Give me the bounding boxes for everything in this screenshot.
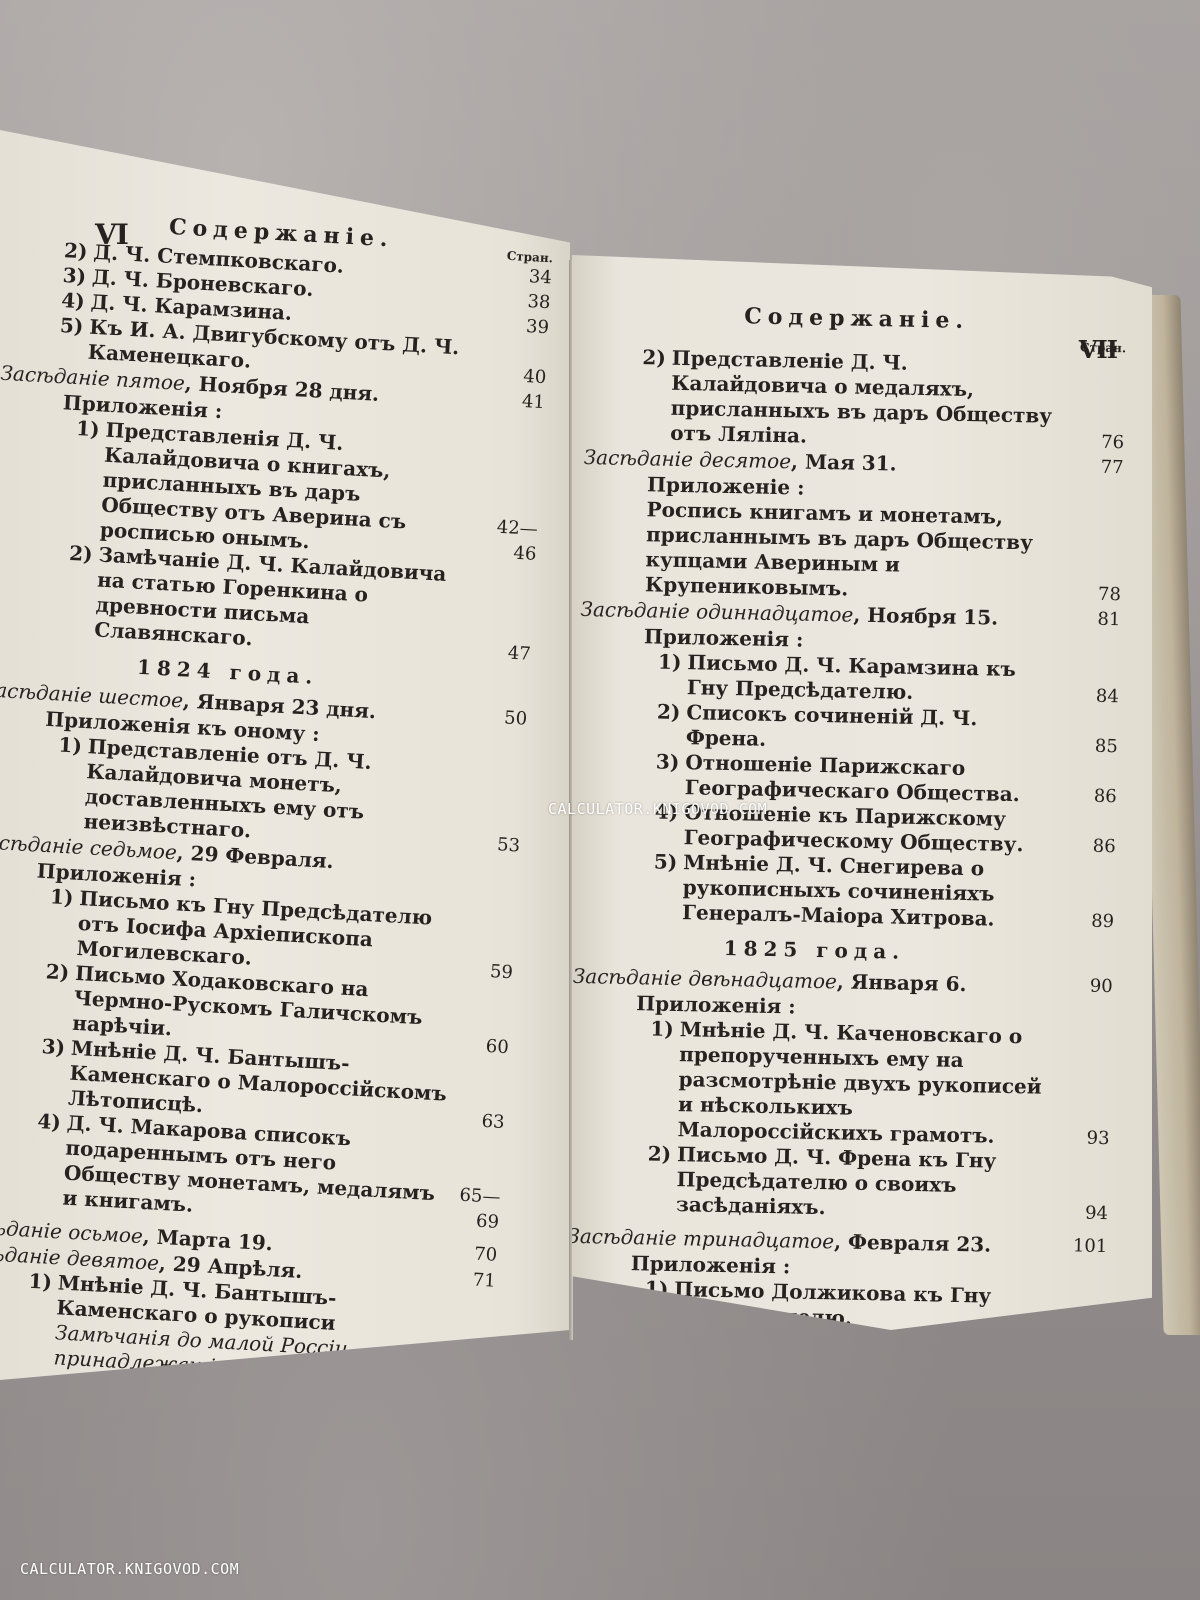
toc-entry: 1)Мнѣніе Д. Ч. Каченовскаго о препоручен… bbox=[569, 1015, 1111, 1151]
toc-entry: 2)Письмо Д. Ч. Френа къ Гну Предсѣдателю… bbox=[568, 1140, 1109, 1226]
toc-entry: 5)Мнѣніе Д. Ч. Снегирева о рукописныхъ с… bbox=[574, 848, 1115, 934]
right-page: VII Содержаніе. Стран. 2)Представленіе Д… bbox=[572, 255, 1152, 1330]
watermark-bottom-left: CALCULATOR.KNIGOVOD.COM bbox=[20, 1560, 239, 1578]
year-heading: 1825 года. bbox=[573, 933, 1113, 968]
left-page: VI Содержаніе. Стран. 2)Д. Ч. Стемпковск… bbox=[0, 130, 570, 1380]
toc-entry: 1)Письмо Должикова къ Гну Предсѣдателю.1… bbox=[566, 1275, 1107, 1336]
toc-entry: Роспись книгамъ и монетамъ, присланнымъ … bbox=[581, 496, 1123, 607]
toc-entry: 2)Благодарственная рѣчь Д. Ч. Полеваго.1… bbox=[564, 1325, 1105, 1386]
toc-entry: 2)Представленіе Д. Ч. Калайдовича о меда… bbox=[584, 344, 1126, 455]
watermark-center: CALCULATOR.KNIGOVOD.COM bbox=[548, 800, 767, 818]
toc-content: Содержаніе. Стран. 2)Представленіе Д. Ч.… bbox=[564, 300, 1126, 1386]
toc-content: Содержаніе. Стран. 2)Д. Ч. Стемпковскаго… bbox=[0, 205, 554, 1395]
